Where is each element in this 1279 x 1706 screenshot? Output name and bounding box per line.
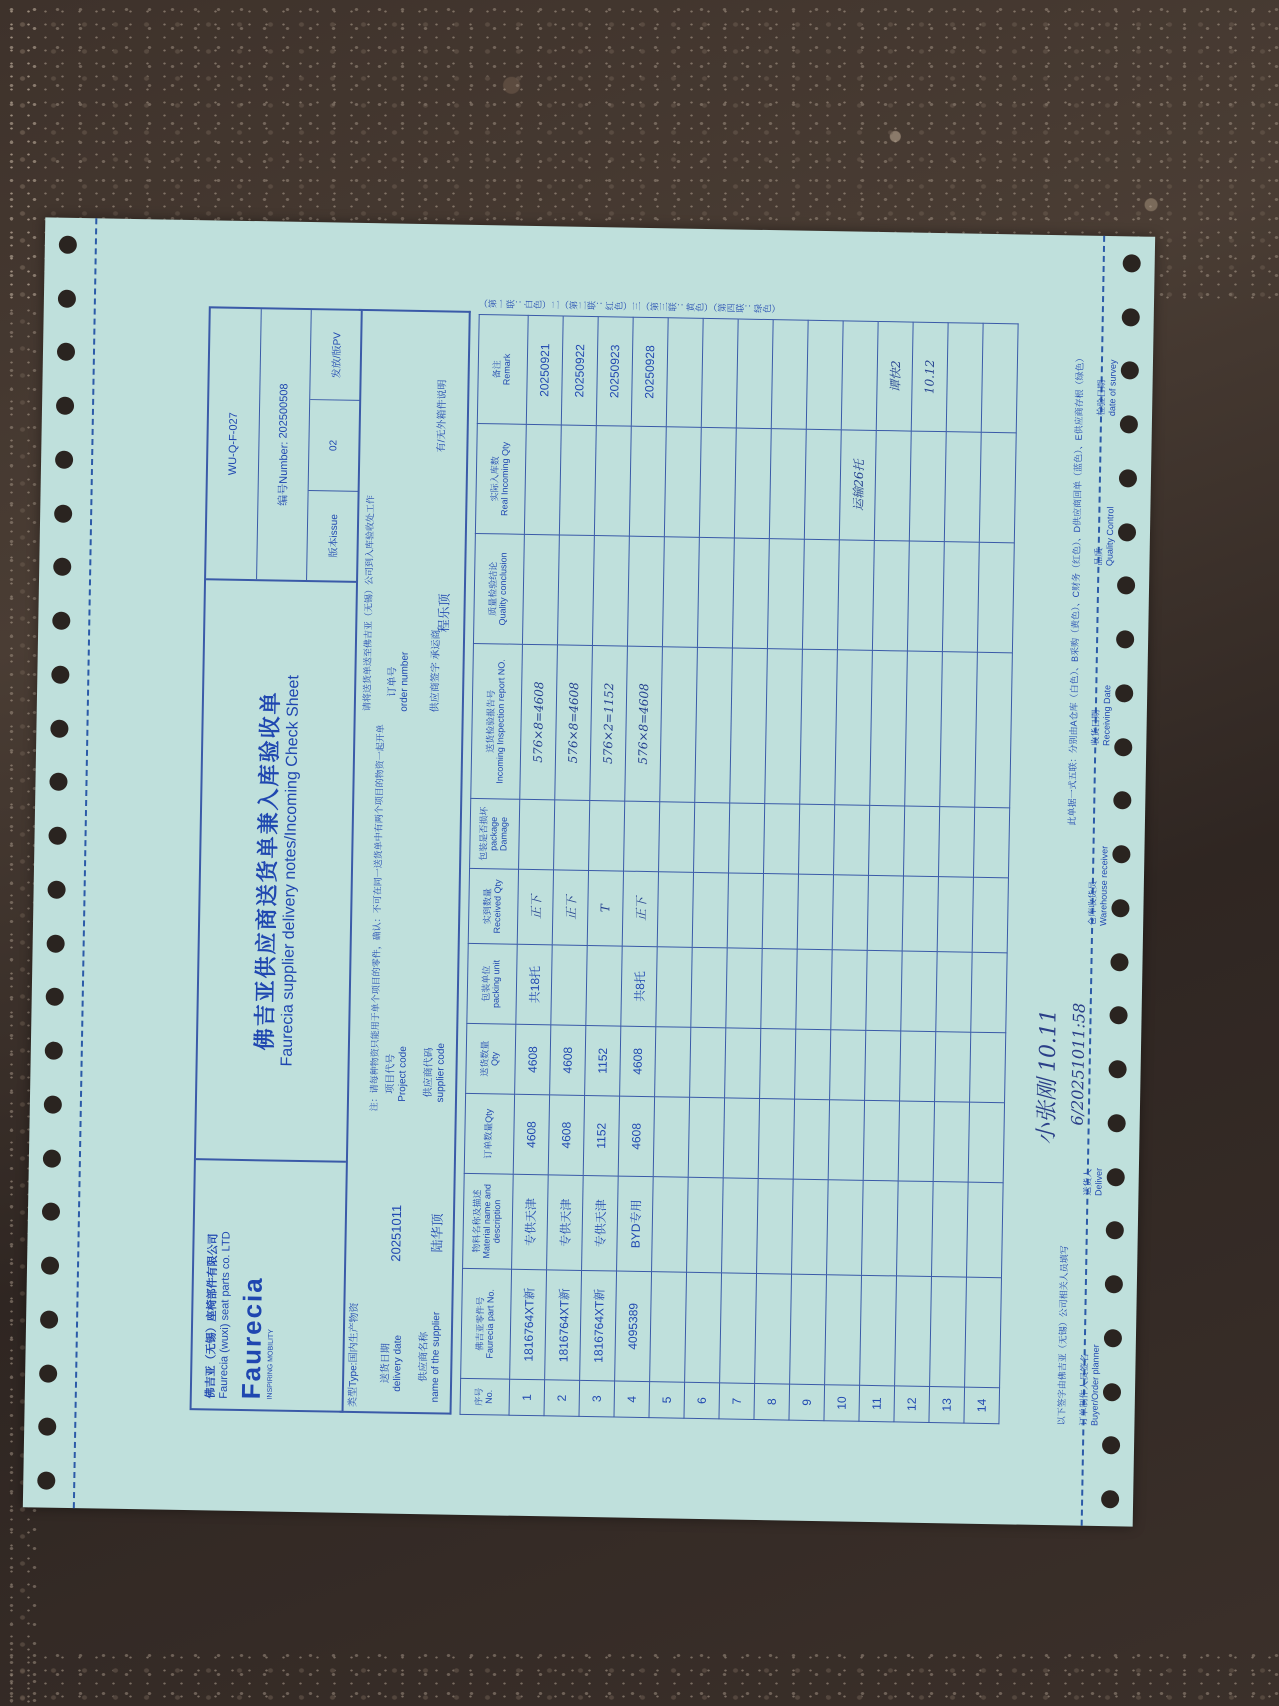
cell-part [965, 1277, 1002, 1388]
cell-received [762, 874, 798, 950]
cell-desc [966, 1182, 1003, 1278]
cell-unit [761, 949, 797, 1030]
cell-unit [726, 948, 762, 1029]
cell-part [825, 1275, 862, 1386]
cell-report [660, 647, 698, 803]
col-no: 序号No. [460, 1378, 510, 1415]
cell-unit [551, 945, 587, 1026]
cell-damage [554, 800, 590, 871]
cell-order-qty [723, 1098, 759, 1179]
cell-quality [907, 541, 944, 652]
cell-part [930, 1277, 967, 1388]
cell-received: 正下 [552, 870, 588, 946]
cell-real-qty [629, 426, 666, 537]
cell-desc [652, 1177, 689, 1273]
version-row: 版本issue 02 发放/版PV [307, 310, 361, 581]
cell-damage [973, 807, 1009, 878]
cell-quality [697, 537, 734, 648]
cell-part: 1816764XT新 [510, 1269, 547, 1380]
receiving-date-label: 收货日期Receiving Date [1088, 685, 1112, 746]
cell-part: 4095389 [615, 1271, 652, 1382]
cell-unit [936, 952, 972, 1033]
cell-real-qty [804, 429, 841, 540]
cell-unit [691, 947, 727, 1028]
survey-date-label: 检验日期date of survey [1094, 359, 1118, 416]
col-order-qty: 订单数量Qty [464, 1093, 514, 1174]
cell-remark [666, 318, 703, 428]
version-issue: 发放/版PV [310, 310, 361, 401]
cell-part [895, 1276, 932, 1387]
cell-received [937, 877, 973, 953]
col-qty: 送货数量Qty [466, 1023, 516, 1094]
warehouse-label: 仓库收货员Warehouse receiver [1085, 845, 1109, 926]
company-block: 佛吉亚（无锡）座椅部件有限公司 Faurecia (wuxi) seat par… [192, 1158, 346, 1411]
cell-no: 5 [649, 1382, 685, 1419]
cell-received: T [587, 870, 623, 946]
cell-qty: 4608 [550, 1025, 586, 1096]
cell-no: 8 [754, 1383, 790, 1420]
cell-no: 6 [684, 1382, 720, 1419]
cell-damage [694, 802, 730, 873]
cell-order-qty [653, 1097, 689, 1178]
cell-no: 1 [509, 1379, 545, 1416]
cell-report [905, 651, 943, 807]
col-material: 物料名称及描述Material name and description [463, 1173, 514, 1269]
items-table: 序号No. 佛吉亚零件号Faurecia part No. 物料名称及描述Mat… [460, 314, 1019, 1424]
cell-real-qty: 运输26托 [839, 430, 876, 541]
company-name-en: Faurecia (wuxi) seat parts co. LTD [218, 1171, 234, 1399]
col-inspection-report: 送货检验报告号Incoming Inspection report NO. [471, 643, 523, 799]
cell-desc [757, 1178, 794, 1274]
cell-real-qty [769, 429, 806, 540]
cell-unit [796, 949, 832, 1030]
deliver-signature-date: 6/20251011:58 [1068, 1003, 1089, 1126]
cell-remark: 20250928 [631, 317, 668, 427]
cell-desc [931, 1182, 968, 1278]
cell-quality [767, 539, 804, 650]
cell-remark [981, 323, 1018, 433]
cell-qty: 1152 [585, 1025, 621, 1096]
cell-real-qty [979, 432, 1016, 543]
supplier-name-label: 供应商名称name of the supplier [418, 1311, 443, 1402]
cell-order-qty [898, 1101, 934, 1182]
form-number: 编号Number: 202500508 [257, 309, 312, 580]
gravel-background-bottom [0, 1646, 1279, 1706]
type-label: 类型Type:国内生产物资 [344, 1302, 361, 1407]
cell-order-qty [828, 1100, 864, 1181]
cell-damage [938, 807, 974, 878]
cell-quality [732, 538, 769, 649]
copies-note: 此单据一式五联：分别由A仓库（白色）、B采购（黄色）、C财务（红色）、D供应商回… [1065, 353, 1086, 825]
cell-damage [729, 803, 765, 874]
title-block: 佛吉亚供应商送货单兼入库验收单 Faurecia supplier delive… [196, 578, 356, 1161]
supplier-code-label: 供应商代码supplier code [423, 1043, 447, 1103]
cell-report [765, 649, 803, 805]
cell-part [860, 1275, 897, 1386]
delivery-date-label: 送货日期delivery date [380, 1335, 404, 1392]
cell-remark [701, 318, 738, 428]
cell-real-qty [909, 431, 946, 542]
cell-qty [900, 1031, 936, 1102]
cell-desc [792, 1179, 829, 1275]
cell-qty [795, 1029, 831, 1100]
cell-damage [833, 805, 869, 876]
cell-remark: 20250922 [561, 316, 598, 426]
form-number-block: WU-Q-F-027 编号Number: 202500508 版本issue 0… [206, 308, 361, 581]
copy-color-legend: （第一联：白色）二（第二联：红色）三（第三联：黄色）（第四联：绿色） [479, 297, 781, 315]
col-packing-unit: 包装单位packing unit [467, 943, 517, 1024]
quality-label: 品质Quality Control [1091, 506, 1115, 566]
cell-qty [970, 1032, 1006, 1103]
cell-qty [760, 1029, 796, 1100]
cell-order-qty [863, 1100, 899, 1181]
delivery-note-paper: 佛吉亚（无锡）座椅部件有限公司 Faurecia (wuxi) seat par… [23, 217, 1155, 1526]
supplier-confirm-label: 供应商签字 承运商 [430, 629, 443, 712]
cell-order-qty [758, 1099, 794, 1180]
cell-quality [662, 537, 699, 648]
cell-order-qty [933, 1102, 969, 1183]
cell-real-qty [944, 432, 981, 543]
cell-qty [690, 1027, 726, 1098]
cell-real-qty [664, 427, 701, 538]
cell-report [730, 648, 768, 804]
cell-qty [935, 1032, 971, 1103]
cell-no: 14 [964, 1387, 1000, 1424]
cell-unit [831, 950, 867, 1031]
cell-received [797, 874, 833, 950]
cell-real-qty [524, 424, 561, 535]
cell-quality [977, 542, 1014, 653]
cell-damage [868, 805, 904, 876]
version-value: 02 [309, 400, 360, 491]
cell-order-qty: 4608 [548, 1095, 584, 1176]
cell-desc: 专供天津 [547, 1175, 584, 1271]
cell-qty [655, 1027, 691, 1098]
cell-remark [736, 319, 773, 429]
cell-report [800, 649, 838, 805]
cell-remark: 20250921 [526, 315, 563, 425]
cell-quality [592, 536, 629, 647]
cell-damage [624, 801, 660, 872]
cell-qty [830, 1030, 866, 1101]
cell-part: 1816764XT新 [545, 1270, 582, 1381]
deliver-signature: 小张刚 10.11 [1029, 1009, 1062, 1146]
cell-no: 10 [824, 1385, 860, 1422]
cell-order-qty [688, 1097, 724, 1178]
cell-real-qty [734, 428, 771, 539]
cell-remark: 20250923 [596, 317, 633, 427]
cell-qty: 4608 [515, 1024, 551, 1095]
cell-real-qty [699, 427, 736, 538]
cell-order-qty [968, 1102, 1004, 1183]
cell-part [755, 1273, 792, 1384]
cell-real-qty [559, 425, 596, 536]
cell-no: 12 [894, 1386, 930, 1423]
buyer-label: 订单制作人员签名Buyer/Order planner [1076, 1344, 1100, 1426]
cell-order-qty: 1152 [583, 1095, 619, 1176]
version-label: 版本issue [307, 491, 358, 581]
cell-unit: 共18托 [516, 944, 552, 1025]
cell-order-qty: 4608 [618, 1096, 654, 1177]
faurecia-logo: Faurecia [236, 1171, 271, 1400]
cell-desc [687, 1177, 724, 1273]
col-real-incoming-qty: 实际入库数Real Incoming Qty [475, 423, 526, 534]
cell-received [832, 875, 868, 951]
cell-received: 正下 [622, 871, 658, 947]
cell-part [685, 1272, 722, 1383]
cell-damage [589, 801, 625, 872]
cell-unit [901, 951, 937, 1032]
cell-unit [971, 952, 1007, 1033]
cell-desc: BYD专用 [617, 1176, 654, 1272]
cell-received: 正下 [517, 869, 553, 945]
cell-qty: 4608 [620, 1026, 656, 1097]
cell-qty [865, 1030, 901, 1101]
col-remark: 备注Remark [477, 314, 528, 424]
cell-report [870, 650, 908, 806]
cell-desc [896, 1181, 933, 1277]
delivery-date-value: 20251011 [388, 1205, 404, 1262]
cell-qty [725, 1028, 761, 1099]
cell-remark [946, 323, 983, 433]
cell-damage [763, 804, 799, 875]
cell-desc [862, 1180, 899, 1276]
cell-report: 576×2=1152 [590, 646, 628, 802]
form-code: WU-Q-F-027 [206, 308, 261, 579]
cell-damage [798, 804, 834, 875]
cell-received [972, 877, 1008, 953]
cell-received [727, 873, 763, 949]
cell-received [902, 876, 938, 952]
cell-no: 9 [789, 1384, 825, 1421]
col-received-qty: 实到数量Received Qty [468, 868, 518, 944]
cell-received [867, 875, 903, 951]
cell-real-qty [874, 430, 911, 541]
cell-unit [866, 950, 902, 1031]
cell-report [695, 647, 733, 803]
cell-damage [903, 806, 939, 877]
cell-no: 13 [929, 1387, 965, 1424]
cell-remark: 谭快2 [876, 321, 913, 431]
cell-damage [519, 799, 555, 870]
cell-quality [627, 536, 664, 647]
cell-no: 7 [719, 1383, 755, 1420]
cell-report: 576×8=4608 [555, 645, 593, 801]
supplier-name-value: 陆华顶 [426, 1213, 446, 1252]
planner-note: 以下签字由佛吉亚（无锡）公司相关人员填写 [1054, 1245, 1070, 1425]
cell-desc: 专供天津 [582, 1175, 619, 1271]
cell-part [650, 1272, 687, 1383]
order-number-label: 订单号order number [387, 651, 411, 711]
cell-report: 576×8=4608 [625, 646, 663, 802]
cell-desc [827, 1180, 864, 1276]
cell-desc [722, 1178, 759, 1274]
cell-order-qty: 4608 [513, 1094, 549, 1175]
cell-remark [806, 320, 843, 430]
number-value: 202500508 [278, 383, 291, 438]
delivery-info: 类型Type:国内生产物资 注：请每种物资只能用于单个项目的零件，确认：不可在同… [340, 309, 471, 1415]
cell-received [692, 872, 728, 948]
incoming-check-sheet: 佛吉亚（无锡）座椅部件有限公司 Faurecia (wuxi) seat par… [94, 259, 1085, 1486]
cell-report [940, 652, 978, 808]
col-part-no: 佛吉亚零件号Faurecia part No. [461, 1268, 512, 1379]
cell-quality [522, 534, 559, 645]
cell-remark [841, 321, 878, 431]
cell-order-qty [793, 1099, 829, 1180]
form-header: 佛吉亚（无锡）座椅部件有限公司 Faurecia (wuxi) seat par… [190, 306, 363, 1413]
col-package-damage: 包装是否损坏package Damage [470, 798, 520, 869]
cell-quality [872, 540, 909, 651]
deliver-label: 送货人Deliver [1080, 1168, 1103, 1196]
cell-part [720, 1273, 757, 1384]
instruction-note: 注：请每种物资只能用于单个项目的零件，确认：不可在同一送货单中有两个项目的物资一… [367, 724, 387, 1111]
supplier-confirm-value: 程乐顶 [433, 593, 453, 632]
instruction-note-2: 请将送货单送至佛吉亚（无锡）公司到入库验收处工作 [360, 495, 377, 711]
form-footer: 此单据一式五联：分别由A仓库（白色）、B采购（黄色）、C财务（红色）、D供应商回… [1054, 325, 1073, 1425]
cell-no: 11 [859, 1385, 895, 1422]
cell-quality [942, 542, 979, 653]
cell-no: 2 [544, 1380, 580, 1417]
abnormal-label: 有/无外箱件说明 [436, 380, 449, 453]
cell-report [835, 650, 873, 806]
cell-unit [656, 947, 692, 1028]
col-quality-conclusion: 质量检验结论Quality conclusion [473, 533, 524, 644]
cell-remark: 10.12 [911, 322, 948, 432]
cell-quality [837, 540, 874, 651]
cell-part: 1816764XT新 [580, 1270, 617, 1381]
cell-part [790, 1274, 827, 1385]
project-code-label: 项目代号Project code [385, 1046, 409, 1102]
cell-report [975, 652, 1013, 808]
cell-report: 576×8=4608 [520, 644, 558, 800]
cell-quality [557, 535, 594, 646]
number-label: 编号Number: [275, 441, 292, 505]
cell-no: 4 [614, 1381, 650, 1418]
cell-desc: 专供天津 [512, 1174, 549, 1270]
cell-real-qty [594, 426, 631, 537]
cell-unit: 共8托 [621, 946, 657, 1027]
cell-damage [659, 802, 695, 873]
cell-received [657, 872, 693, 948]
cell-quality [802, 539, 839, 650]
cell-unit [586, 945, 622, 1026]
cell-no: 3 [579, 1380, 615, 1417]
cell-remark [771, 320, 808, 430]
